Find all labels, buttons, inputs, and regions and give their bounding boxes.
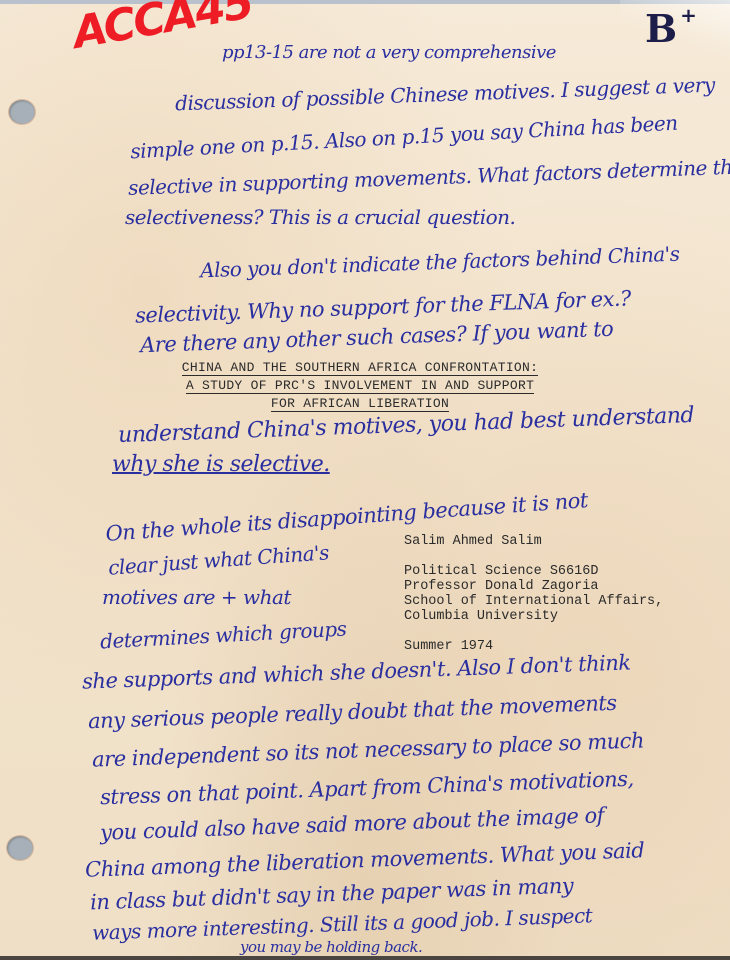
comment-line: are independent so its not necessary to …: [92, 728, 645, 771]
title-line-2: A STUDY OF PRC'S INVOLVEMENT IN AND SUPP…: [186, 379, 534, 394]
comment-line: you may be holding back.: [240, 938, 422, 956]
comment-line: she supports and which she doesn't. Also…: [82, 650, 631, 693]
author-block: Salim Ahmed Salim Political Science S661…: [404, 534, 663, 654]
punch-hole-bottom: [6, 835, 34, 861]
paper-title: CHINA AND THE SOUTHERN AFRICA CONFRONTAT…: [160, 358, 560, 412]
comment-line: clear just what China's: [107, 540, 329, 579]
title-line-3: FOR AFRICAN LIBERATION: [271, 397, 449, 412]
grade-letter: B: [645, 6, 677, 51]
grade-modifier: +: [680, 3, 697, 27]
comment-line: any serious people really doubt that the…: [88, 691, 617, 733]
comment-line-underlined: why she is selective.: [112, 452, 330, 477]
comment-line: you could also have said more about the …: [100, 803, 605, 845]
scan-bottom-edge: [0, 956, 730, 960]
school-name: School of International Affairs,: [404, 594, 663, 609]
author-name: Salim Ahmed Salim: [404, 534, 663, 549]
comment-line: motives are + what: [102, 585, 291, 609]
course-name: Political Science S6616D: [404, 564, 663, 579]
comment-line: Also you don't indicate the factors behi…: [200, 242, 680, 283]
comment-line: determines which groups: [100, 617, 347, 654]
comment-line: discussion of possible Chinese motives. …: [175, 73, 715, 116]
punch-hole-top: [8, 99, 36, 125]
grade-mark: B+: [645, 6, 697, 51]
comment-line: simple one on p.15. Also on p.15 you say…: [130, 111, 678, 164]
comment-line: selectiveness? This is a crucial questio…: [125, 205, 515, 229]
university-name: Columbia University: [404, 609, 663, 624]
scanned-page: ACCA45 B+ pp13-15 are not a very compreh…: [0, 0, 730, 960]
comment-line: pp13-15 are not a very comprehensive: [222, 42, 556, 63]
professor-name: Professor Donald Zagoria: [404, 579, 663, 594]
title-line-1: CHINA AND THE SOUTHERN AFRICA CONFRONTAT…: [182, 361, 538, 376]
comment-line: selective in supporting movements. What …: [128, 154, 730, 200]
comment-line: stress on that point. Apart from China's…: [100, 767, 634, 810]
